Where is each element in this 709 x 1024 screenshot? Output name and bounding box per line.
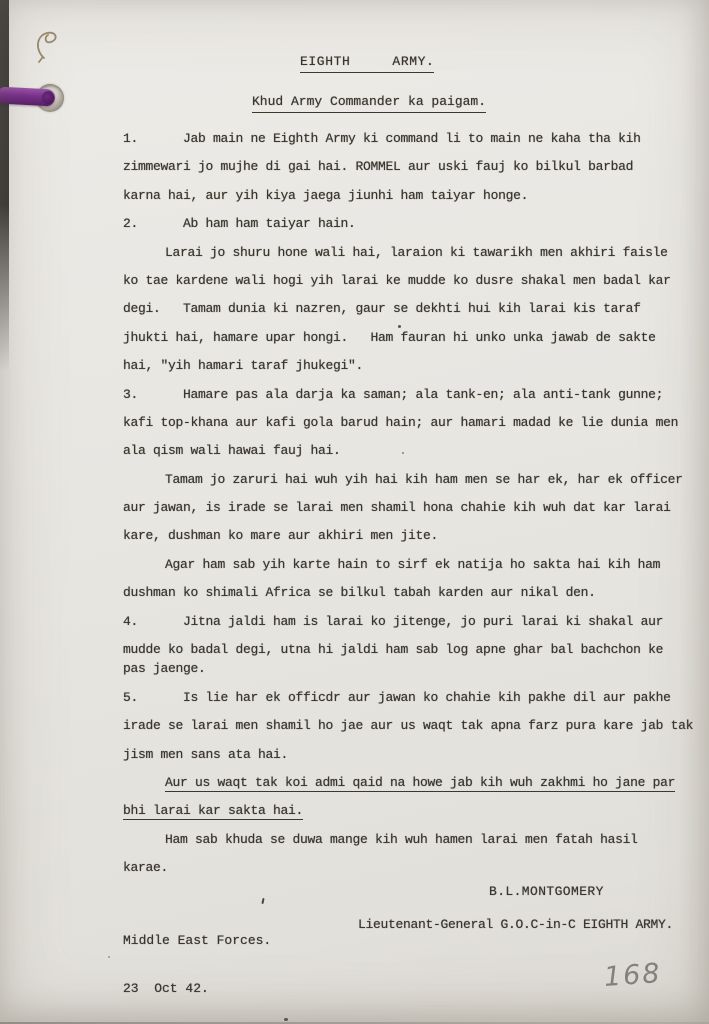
line-text: karna hai, aur yih kiya jaega jiunhi ham… [123, 188, 528, 203]
line-text: Hamare pas ala darja ka saman; ala tank-… [183, 387, 663, 402]
line-text: Is lie har ek officdr aur jawan ko chahi… [183, 690, 671, 705]
line-text: Ham sab khuda se duwa mange kih wuh hame… [165, 832, 638, 847]
line-text: Ab ham ham taiyar hain. [183, 216, 356, 231]
body-line: 4.Jitna jaldi ham is larai ko jitenge, j… [123, 614, 705, 642]
document-title: EIGHTH ARMY. [300, 54, 434, 73]
document-body: 1.Jab main ne Eighth Army ki command li … [123, 131, 705, 889]
body-line: pas jaenge. [123, 661, 705, 689]
paragraph-number: 4. [123, 614, 138, 629]
line-text: karae. [123, 860, 168, 875]
footer-date-line: 23 Oct 42. [123, 981, 271, 997]
document-subtitle: Khud Army Commander ka paigam. [252, 94, 486, 113]
body-line: jhukti hai, hamare upar hongi. Ham faura… [123, 330, 705, 358]
body-line: irade se larai men shamil ho jae aur us … [123, 718, 705, 746]
line-text: Larai jo shuru hone wali hai, laraion ki… [165, 245, 668, 260]
line-text: bhi larai kar sakta hai. [123, 803, 303, 820]
line-text: pas jaenge. [123, 661, 206, 676]
scan-edge-shadow [0, 0, 9, 372]
body-line: 1.Jab main ne Eighth Army ki command li … [123, 131, 705, 159]
binding-thread [0, 86, 55, 106]
line-text: kare, dushman ko mare aur akhiri men jit… [123, 528, 438, 543]
body-line: Agar ham sab yih karte hain to sirf ek n… [123, 557, 705, 585]
line-text: Aur us waqt tak koi admi qaid na howe ja… [165, 775, 675, 792]
paragraph-number: 1. [123, 131, 138, 146]
signature-rank-title: Lieutenant-General G.O.C-in-C EIGHTH ARM… [358, 917, 673, 932]
scanned-document-page: EIGHTH ARMY. Khud Army Commander ka paig… [0, 0, 709, 1024]
line-text: Agar ham sab yih karte hain to sirf ek n… [165, 557, 660, 572]
paper-speck [398, 325, 401, 328]
body-line: bhi larai kar sakta hai. [123, 803, 705, 831]
line-text: kafi top-khana aur kafi gola barud hain;… [123, 415, 678, 430]
body-line: zimmewari jo mujhe di gai hai. ROMMEL au… [123, 159, 705, 187]
line-text: Jab main ne Eighth Army ki command li to… [183, 131, 641, 146]
line-text: Jitna jaldi ham is larai ko jitenge, jo … [183, 614, 663, 629]
line-text: degi. Tamam dunia ki nazren, gaur se dek… [123, 301, 641, 316]
paper-speck [402, 452, 404, 454]
line-text: dushman ko shimali Africa se bilkul taba… [123, 585, 596, 600]
handwritten-page-number: 168 [603, 958, 663, 993]
body-line: degi. Tamam dunia ki nazren, gaur se dek… [123, 301, 705, 329]
line-text: Tamam jo zaruri hai wuh yih hai kih ham … [165, 472, 683, 487]
body-line: kare, dushman ko mare aur akhiri men jit… [123, 528, 705, 556]
line-text: jhukti hai, hamare upar hongi. Ham faura… [123, 330, 656, 345]
line-text: hai, "yih hamari taraf jhukegi". [123, 358, 363, 373]
document-title-text: EIGHTH ARMY. [300, 54, 434, 73]
footer-origin-block: Middle East Forces. 23 Oct 42. [123, 901, 271, 1024]
body-line: jism men sans ata hai. [123, 747, 705, 775]
paragraph-number: 5. [123, 690, 138, 705]
body-line: ala qism wali hawai fauj hai. [123, 443, 705, 471]
paper-speck [284, 1018, 288, 1021]
line-text: jism men sans ata hai. [123, 747, 288, 762]
line-text: zimmewari jo mujhe di gai hai. ROMMEL au… [123, 159, 633, 174]
body-line: Larai jo shuru hone wali hai, laraion ki… [123, 245, 705, 273]
body-line: Tamam jo zaruri hai wuh yih hai kih ham … [123, 472, 705, 500]
line-text: ala qism wali hawai fauj hai. [123, 443, 341, 458]
body-line: karna hai, aur yih kiya jaega jiunhi ham… [123, 188, 705, 216]
paragraph-number: 3. [123, 387, 138, 402]
body-line: kafi top-khana aur kafi gola barud hain;… [123, 415, 705, 443]
body-line: hai, "yih hamari taraf jhukegi". [123, 358, 705, 386]
body-line: aur jawan, is irade se larai men shamil … [123, 500, 705, 528]
signature-name: B.L.MONTGOMERY [489, 884, 604, 899]
document-subtitle-text: Khud Army Commander ka paigam. [252, 94, 486, 113]
body-line: 2.Ab ham ham taiyar hain. [123, 216, 705, 244]
body-line: 3.Hamare pas ala darja ka saman; ala tan… [123, 387, 705, 415]
line-text: mudde ko badal degi, utna hi jaldi ham s… [123, 642, 663, 657]
paper-crease-mark [32, 28, 66, 66]
body-line: Aur us waqt tak koi admi qaid na howe ja… [123, 775, 705, 803]
paragraph-number: 2. [123, 216, 138, 231]
line-text: irade se larai men shamil ho jae aur us … [123, 718, 693, 733]
body-line: dushman ko shimali Africa se bilkul taba… [123, 585, 705, 613]
paper-speck [108, 956, 110, 958]
body-line: ko tae kardene wali hogi yih larai ke mu… [123, 273, 705, 301]
body-line: karae. [123, 860, 705, 888]
footer-forces-line: Middle East Forces. [123, 933, 271, 949]
body-line: Ham sab khuda se duwa mange kih wuh hame… [123, 832, 705, 860]
line-text: ko tae kardene wali hogi yih larai ke mu… [123, 273, 671, 288]
body-line: 5.Is lie har ek officdr aur jawan ko cha… [123, 690, 705, 718]
line-text: aur jawan, is irade se larai men shamil … [123, 500, 671, 515]
